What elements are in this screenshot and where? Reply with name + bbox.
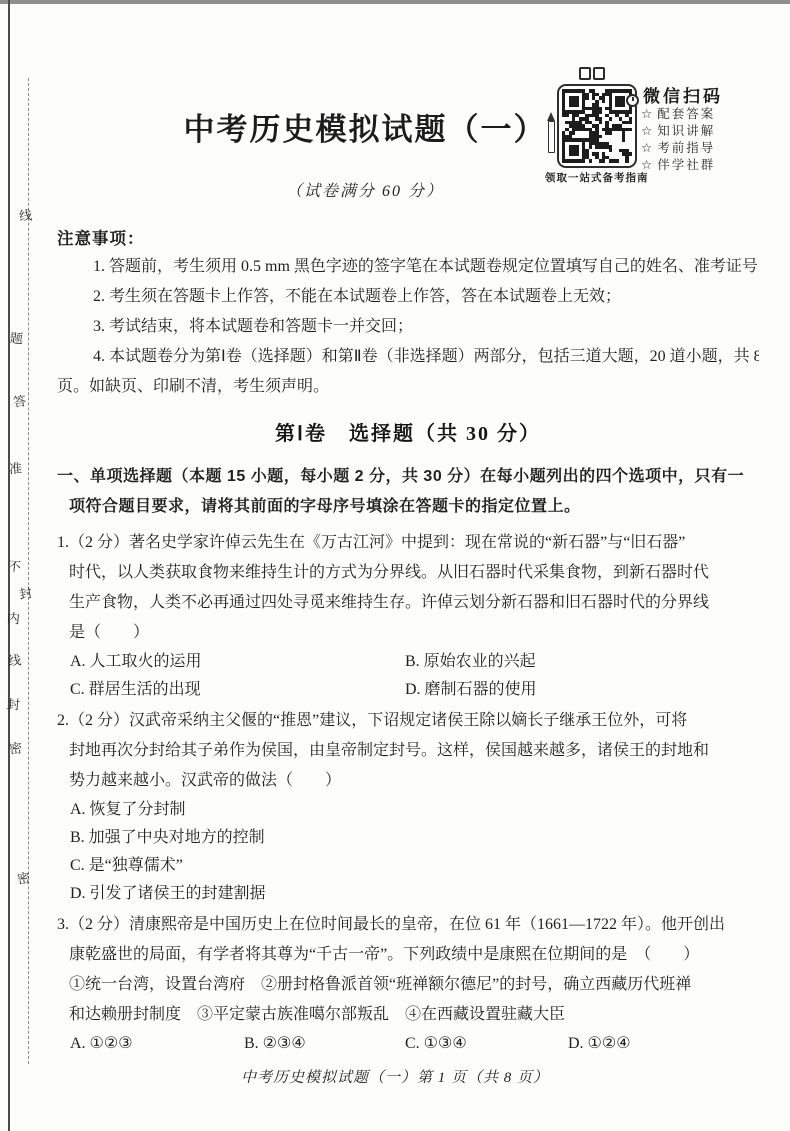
qr-benefit-label: 配套答案 <box>657 107 715 121</box>
qr-benefit-item: ☆配套答案 <box>641 106 715 123</box>
qr-caption: 领取一站式备考指南 <box>545 170 649 185</box>
qr-promo-panel: 微信扫码 ☆配套答案 ☆知识讲解 ☆考前指导 ☆伴学社群 领取一站式备考指南 <box>540 70 770 190</box>
section-intro: 一、单项选择题（本题 15 小题，每小题 2 分，共 30 分）在每小题列出的四… <box>57 462 759 522</box>
star-icon: ☆ <box>641 124 654 138</box>
seal-fold-line <box>28 78 29 1064</box>
question-line: 和达赖册封制度 ③平定蒙古族准噶尔部叛乱 ④在西藏设置驻藏大臣 <box>57 1000 759 1030</box>
qr-benefit-list: ☆配套答案 ☆知识讲解 ☆考前指导 ☆伴学社群 <box>641 106 715 174</box>
options-row: A. ①②③B. ②③④C. ①③④D. ①②④ <box>57 1030 759 1058</box>
options-row: C. 群居生活的出现D. 磨制石器的使用 <box>57 676 759 704</box>
option: B. 原始农业的兴起 <box>405 648 536 676</box>
options-stack: A. 恢复了分封制B. 加强了中央对地方的控制C. 是“独尊儒术”D. 引发了诸… <box>57 796 759 908</box>
question-line: 时代，以人类获取食物来维持生计的方式为分界线。从旧石器时代采集食物，到新石器时代 <box>57 558 759 588</box>
seal-character: 封 <box>17 582 33 603</box>
section-title: 第Ⅰ卷 选择题（共 30 分） <box>57 417 759 446</box>
notice-line: 1. 答题前，考生须用 0.5 mm 黑色字迹的签字笔在本试题卷规定位置填写自己… <box>57 252 759 282</box>
seal-character: 密 <box>16 867 31 887</box>
option: A. 人工取火的运用 <box>57 648 405 676</box>
clock-icon <box>626 94 639 107</box>
glasses-lens-right <box>593 67 605 80</box>
question-1: 1.（2 分）著名史学家许倬云先生在《万古江河》中提到：现在常说的“新石器”与“… <box>57 528 759 704</box>
question-line: 3.（2 分）清康熙帝是中国历史上在位时间最长的皇帝，在位 61 年（1661—… <box>57 910 759 940</box>
qr-benefit-item: ☆考前指导 <box>641 140 715 157</box>
intro-line: 项符合题目要求，请将其前面的字母序号填涂在答题卡的指定位置上。 <box>57 492 759 522</box>
star-icon: ☆ <box>641 107 654 121</box>
qr-benefit-label: 知识讲解 <box>657 124 715 138</box>
option: D. 引发了诸侯王的封建割据 <box>57 880 759 908</box>
seal-character: 线 <box>18 204 33 224</box>
pencil-icon <box>547 112 555 153</box>
question-line: 生产食物，人类不必再通过四处寻觅来维持生存。许倬云划分新石器和旧石器时代的分界线 <box>57 588 759 618</box>
qr-benefit-item: ☆伴学社群 <box>641 157 715 174</box>
qr-pattern <box>562 89 632 163</box>
question-line: 1.（2 分）著名史学家许倬云先生在《万古江河》中提到：现在常说的“新石器”与“… <box>57 528 759 558</box>
option: C. 群居生活的出现 <box>57 676 405 704</box>
seal-character: 准 <box>8 458 22 478</box>
qr-module <box>629 159 632 163</box>
star-icon: ☆ <box>641 141 654 155</box>
questions: 1.（2 分）著名史学家许倬云先生在《万古江河》中提到：现在常说的“新石器”与“… <box>57 528 759 1058</box>
question-line: 封地再次分封给其子弟作为侯国，由皇帝制定封号。这样，侯国越来越多，诸侯王的封地和 <box>57 736 759 766</box>
option: B. 加强了中央对地方的控制 <box>57 824 759 852</box>
qr-benefit-item: ☆知识讲解 <box>641 123 715 140</box>
seal-character: 答 <box>12 390 27 410</box>
seal-character: 封 <box>6 694 20 714</box>
option: C. ①③④ <box>405 1030 467 1058</box>
option: C. 是“独尊儒术” <box>57 852 759 880</box>
pencil-tip <box>547 112 555 121</box>
pencil-rod <box>548 121 555 153</box>
glasses-icon <box>578 67 606 80</box>
notices-heading: 注意事项： <box>57 226 759 252</box>
page-subtitle: （试卷满分 60 分） <box>130 178 600 201</box>
exam-body: 注意事项： 1. 答题前，考生须用 0.5 mm 黑色字迹的签字笔在本试题卷规定… <box>57 226 759 1058</box>
qr-code <box>557 84 637 168</box>
question-line: 2.（2 分）汉武帝采纳主父偃的“推恩”建议，下诏规定诸侯王除以嫡长子继承王位外… <box>57 706 759 736</box>
notice-line: 4. 本试题卷分为第Ⅰ卷（选择题）和第Ⅱ卷（非选择题）两部分，包括三道大题，20… <box>57 342 759 372</box>
seal-character: 内 <box>6 607 21 627</box>
qr-benefit-label: 考前指导 <box>657 141 715 155</box>
seal-character: 题 <box>9 328 23 348</box>
seal-character: 线 <box>7 649 22 669</box>
option: B. ②③④ <box>244 1030 306 1058</box>
seal-character: 不 <box>7 555 22 575</box>
page-title: 中考历史模拟试题（一） <box>130 104 600 149</box>
question-line: 势力越来越小。汉武帝的做法（ ） <box>57 766 759 796</box>
seal-character: 密 <box>8 737 23 757</box>
notice-line: 页。如缺页、印刷不清，考生须声明。 <box>57 372 759 402</box>
glasses-lens-left <box>579 67 591 80</box>
qr-benefit-label: 伴学社群 <box>657 158 715 172</box>
question-2: 2.（2 分）汉武帝采纳主父偃的“推恩”建议，下诏规定诸侯王除以嫡长子继承王位外… <box>57 706 759 908</box>
option: D. 磨制石器的使用 <box>405 676 537 704</box>
question-line: ①统一台湾，设置台湾府 ②册封格鲁派首领“班禅额尔德尼”的封号，确立西藏历代班禅 <box>57 970 759 1000</box>
scan-top-edge <box>0 0 790 4</box>
question-line: 康乾盛世的局面，有学者将其尊为“千古一帝”。下列政绩中是康熙在位期间的是 （ ） <box>57 940 759 970</box>
notices-list: 1. 答题前，考生须用 0.5 mm 黑色字迹的签字笔在本试题卷规定位置填写自己… <box>57 252 759 402</box>
notice-line: 3. 考试结束，将本试题卷和答题卡一并交回； <box>57 312 759 342</box>
notice-line: 2. 考生须在答题卡上作答，不能在本试题卷上作答，答在本试题卷上无效； <box>57 282 759 312</box>
question-3: 3.（2 分）清康熙帝是中国历史上在位时间最长的皇帝，在位 61 年（1661—… <box>57 910 759 1058</box>
intro-line: 一、单项选择题（本题 15 小题，每小题 2 分，共 30 分）在每小题列出的四… <box>57 462 759 492</box>
option: A. 恢复了分封制 <box>57 796 759 824</box>
qr-heading: 微信扫码 <box>643 82 723 107</box>
question-line: 是（ ） <box>57 618 759 648</box>
option: D. ①②④ <box>568 1030 631 1058</box>
options-row: A. 人工取火的运用B. 原始农业的兴起 <box>57 648 759 676</box>
option: A. ①②③ <box>70 1030 133 1058</box>
page-footer: 中考历史模拟试题（一）第 1 页（共 8 页） <box>0 1066 790 1087</box>
